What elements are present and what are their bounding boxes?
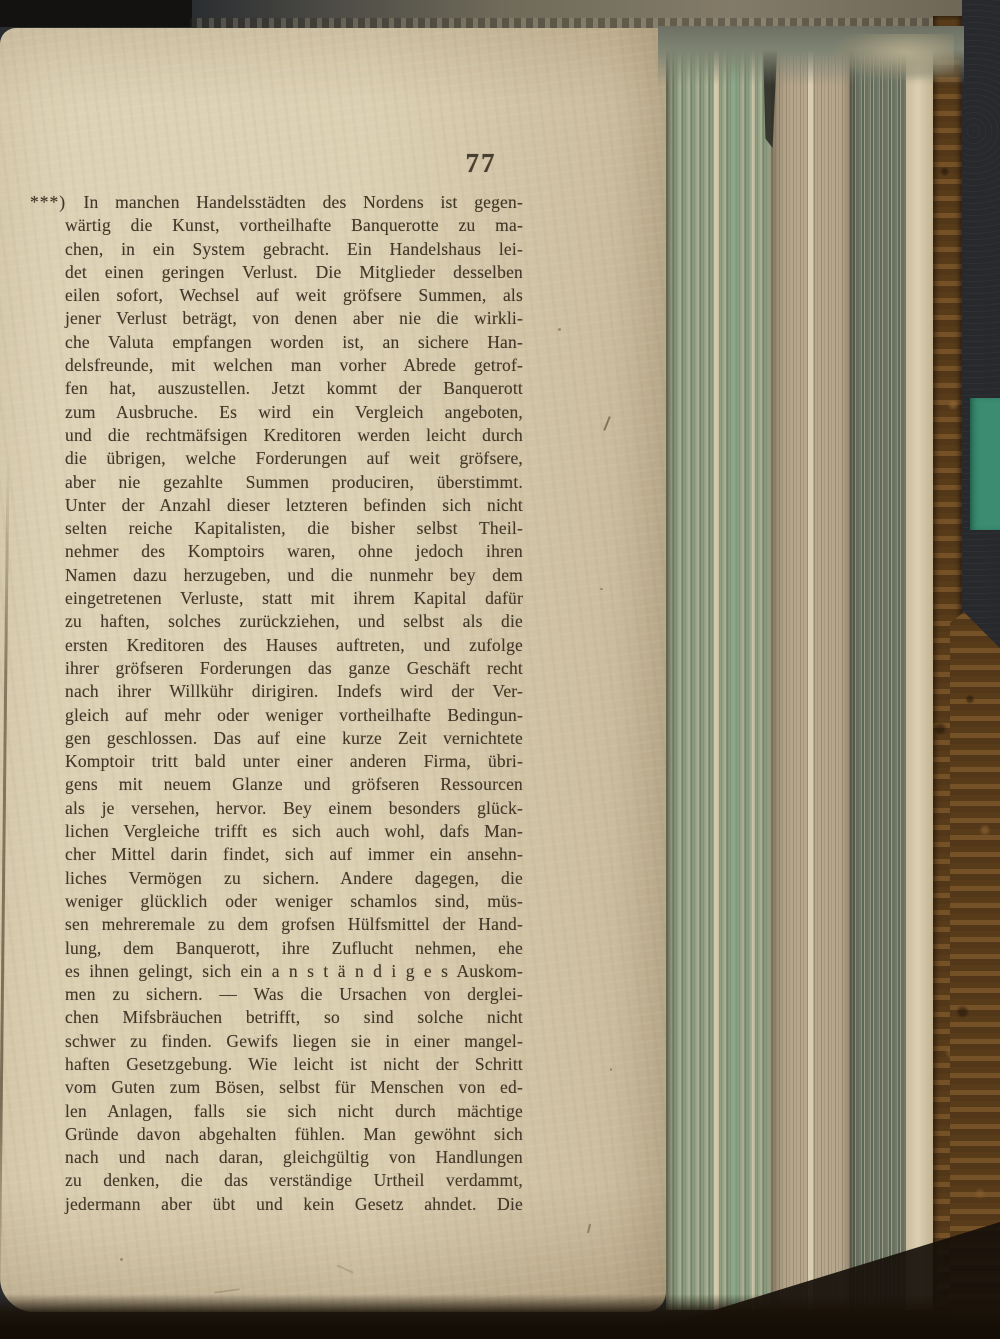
footnote-line: gen geschlossen. Das auf eine kurze Zeit… <box>30 727 523 750</box>
fore-edge-seam <box>808 30 813 1310</box>
footnote-line: weniger glücklich oder weniger schamlos … <box>30 890 523 913</box>
footnote-line: cher Mittel darin findet, sich auf immer… <box>30 843 523 866</box>
paper-speck <box>610 1068 612 1071</box>
bottom-shadow <box>0 1294 1000 1339</box>
footnote-marker: ***) <box>30 192 84 212</box>
footnote-line: lung, dem Banquerott, ihre Zuflucht nehm… <box>30 937 523 960</box>
footnote-line: als je versehen, hervor. Bey einem beson… <box>30 797 523 820</box>
footnote-line: jener Verlust beträgt, von denen aber ni… <box>30 307 523 330</box>
footnote-line: delsfreunde, mit welchen man vorher Abre… <box>30 354 523 377</box>
footnote-line: haften Gesetzgebung. Wie leicht ist nich… <box>30 1053 523 1076</box>
footnote-line: wärtig die Kunst, vortheilhafte Banquero… <box>30 214 523 237</box>
footnote-line: es ihnen gelingt, sich ein a n s t ä n d… <box>30 960 523 983</box>
paper-speck <box>600 588 603 590</box>
footnote-line: chen Mifsbräuchen betrifft, so sind solc… <box>30 1006 523 1029</box>
footnote-line: vom Guten zum Bösen, selbst für Menschen… <box>30 1076 523 1099</box>
fore-edge-dark-pages <box>850 30 906 1310</box>
footnote-line: Gründe davon abgehalten fühlen. Man gewö… <box>30 1123 523 1146</box>
footnote-line: ***) In manchen Handelsstädten des Norde… <box>30 191 523 214</box>
paper-speck <box>120 1258 123 1261</box>
fore-edge-cream-page <box>906 36 933 1310</box>
page-number: 77 <box>446 148 516 179</box>
page: 77 ***) In manchen Handelsstädten des No… <box>0 28 666 1312</box>
footnote-line: zu haften, solches zurückziehen, und sel… <box>30 610 523 633</box>
footnote-line: lichen Vergleiche trifft es sich auch wo… <box>30 820 523 843</box>
footnote-line: fen hat, auszustellen. Jetzt kommt der B… <box>30 377 523 400</box>
footnote-line: die übrigen, welche Forderungen auf weit… <box>30 447 523 470</box>
footnote-line: ersten Kreditoren des Hauses auftreten, … <box>30 634 523 657</box>
footnote-line: eingetretenen Verluste, statt mit ihrem … <box>30 587 523 610</box>
footnote-line: gleich auf mehr oder weniger vortheilhaf… <box>30 704 523 727</box>
footnote-line: Unter der Anzahl dieser letzteren befind… <box>30 494 523 517</box>
footnote-line: nach und nach daran, gleichgültig von Ha… <box>30 1146 523 1169</box>
footnote-line: liches Vermögen zu sichern. Andere dageg… <box>30 867 523 890</box>
fore-edge-seam <box>732 30 738 1310</box>
background-black-corner <box>0 0 192 27</box>
book-photograph: 77 ***) In manchen Handelsstädten des No… <box>0 0 1000 1339</box>
footnote-line: chen, in ein System gebracht. Ein Handel… <box>30 238 523 261</box>
footnote-line: len Anlagen, falls sie sich nicht durch … <box>30 1100 523 1123</box>
footnote-line: jedermann aber übt und kein Gesetz ahnde… <box>30 1193 523 1216</box>
paper-speck <box>558 328 561 331</box>
fore-edge-tan-pages <box>772 30 850 1310</box>
fore-edge-seam <box>714 30 719 1310</box>
footnote-line: ihrer gröfseren Forderungen das ganze Ge… <box>30 657 523 680</box>
footnote-line: Komptoir tritt bald unter einer anderen … <box>30 750 523 773</box>
footnote-line: schwer zu finden. Gewifs liegen sie in e… <box>30 1030 523 1053</box>
fore-edge-green-pages <box>666 30 772 1310</box>
footnote-line: Namen dazu herzugeben, und die nunmehr b… <box>30 564 523 587</box>
footnote-line: sen mehreremale zu dem grofsen Hülfsmitt… <box>30 913 523 936</box>
footnote-line: selten reiche Kapitalisten, die bisher s… <box>30 517 523 540</box>
footnote-line: zu denken, die das verständige Urtheil v… <box>30 1169 523 1192</box>
footnote-text: ***) In manchen Handelsstädten des Norde… <box>30 191 523 1216</box>
footnote-line: che Valuta empfangen worden ist, an sich… <box>30 331 523 354</box>
teal-background-patch <box>970 398 1000 530</box>
footnote-line: det einen geringen Verlust. Die Mitglied… <box>30 261 523 284</box>
book-head-deckle <box>658 26 964 88</box>
footnote-line: nehmer des Komptoirs waren, ohne jedoch … <box>30 540 523 563</box>
footnote-line: gens mit neuem Glanze und gröfseren Ress… <box>30 773 523 796</box>
footnote-line: men zu sichern. — Was die Ursachen von d… <box>30 983 523 1006</box>
footnote-line: zum Ausbruche. Es wird ein Vergleich ang… <box>30 401 523 424</box>
footnote-line: eilen sofort, Wechsel auf weit gröfsere … <box>30 284 523 307</box>
background-top-right <box>962 0 1000 655</box>
footnote-line: und die rechtmäfsigen Kreditoren werden … <box>30 424 523 447</box>
footnote-line: aber nie gezahlte Summen produciren, übe… <box>30 471 523 494</box>
footnote-line: nach ihrer Willkühr dirigiren. Indefs wi… <box>30 680 523 703</box>
fore-edge-seam <box>752 30 755 1310</box>
